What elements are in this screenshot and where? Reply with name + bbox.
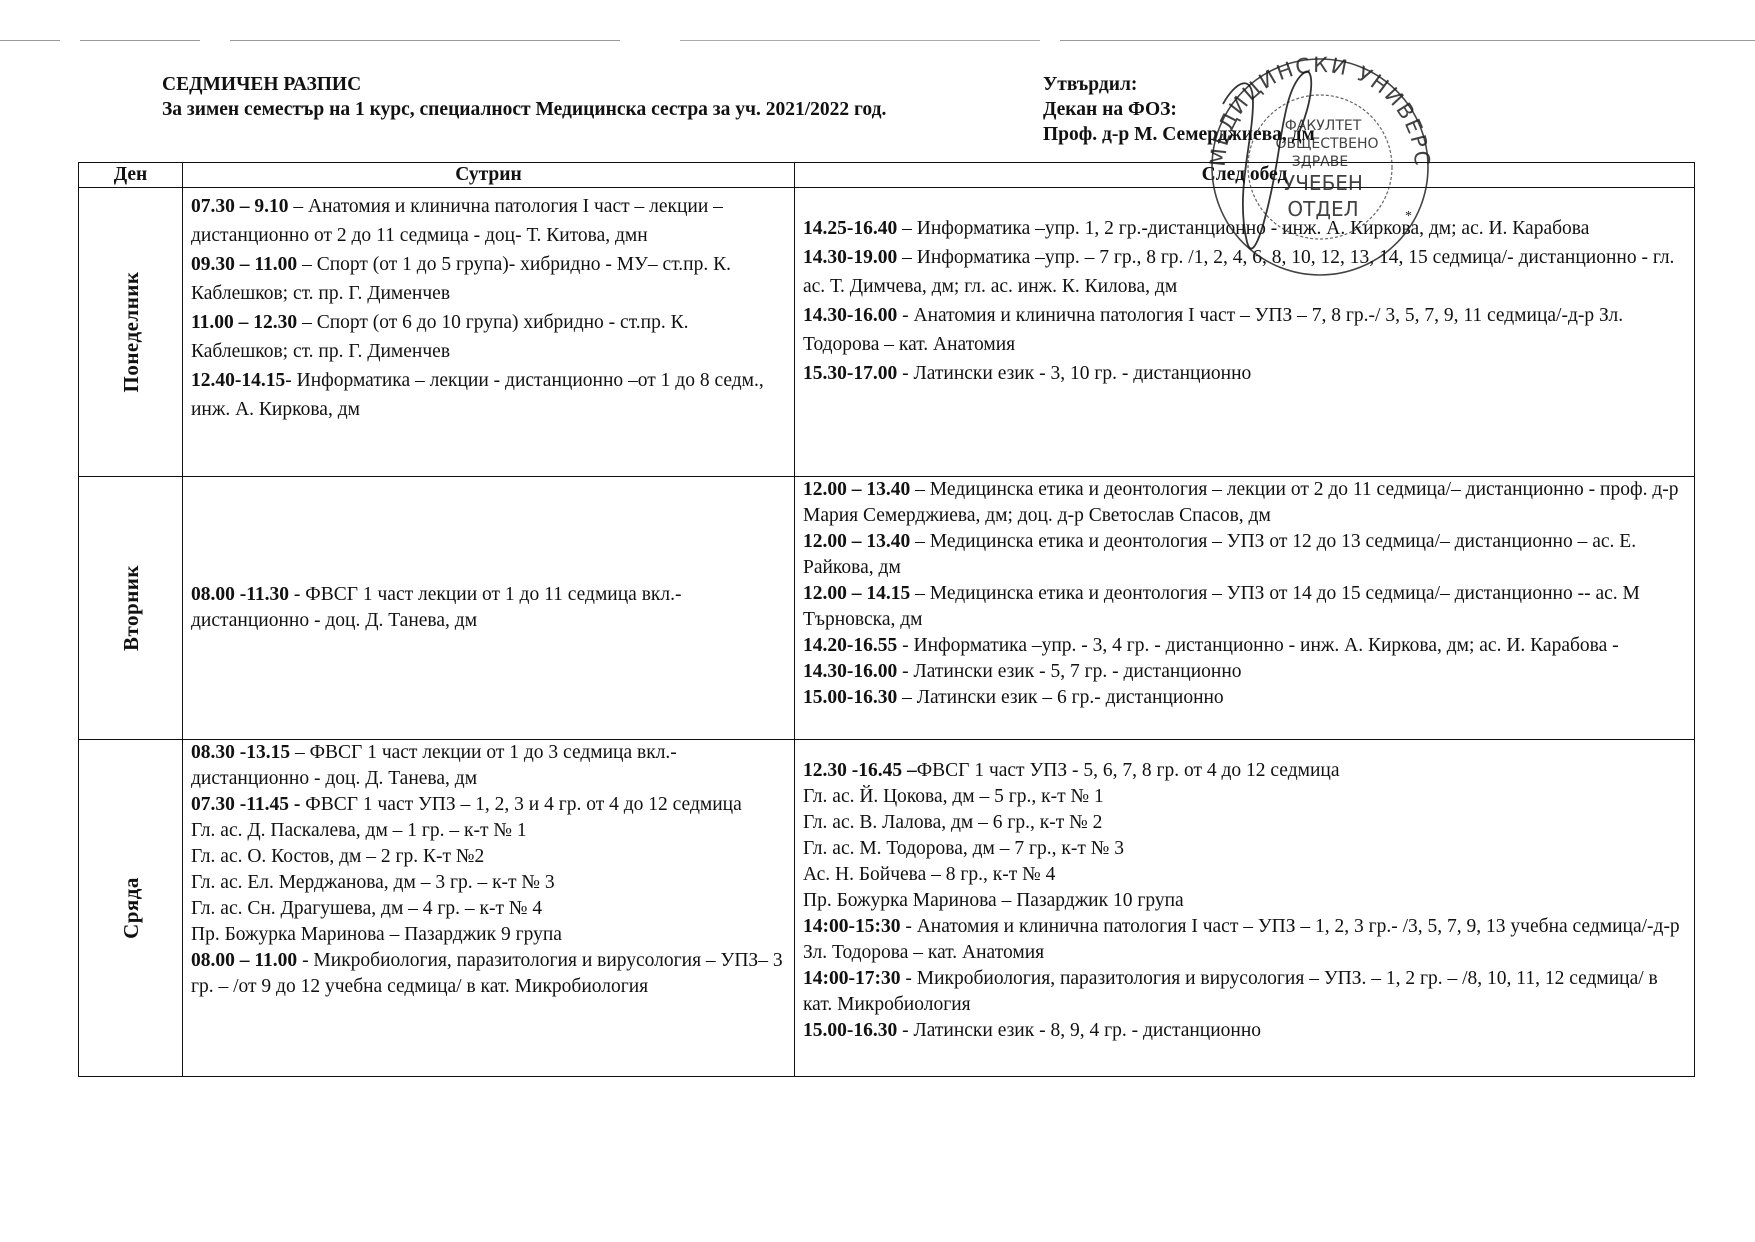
entry-time: 08.30 -13.15 — [191, 742, 290, 763]
entry-text: Гл. ас. Ел. Мерджанова, дм – 3 гр. – к-т… — [191, 872, 555, 893]
entry-time: 15.30-17.00 — [803, 363, 897, 384]
entry-text: ФВСГ 1 част УПЗ - 5, 6, 7, 8 гр. от 4 до… — [917, 760, 1340, 781]
day-label: Понеделник — [118, 271, 144, 392]
entry-text: - Информатика –упр. - 3, 4 гр. - дистанц… — [897, 635, 1618, 656]
column-header-morning: Сутрин — [183, 163, 795, 188]
entry-time: 14.30-16.00 — [803, 661, 897, 682]
entry-text: Пр. Божурка Маринова – Пазарджик 10 груп… — [803, 890, 1184, 911]
entry-time: 07.30 – 9.10 — [191, 196, 289, 217]
entry-text: Гл. ас. М. Тодорова, дм – 7 гр., к-т № 3 — [803, 838, 1124, 859]
schedule-entry: Гл. ас. М. Тодорова, дм – 7 гр., к-т № 3 — [803, 836, 1686, 862]
schedule-entry: 12.40-14.15- Информатика – лекции - дист… — [191, 366, 786, 424]
entry-text: – Медицинска етика и деонтология – УПЗ о… — [803, 531, 1636, 578]
entry-text: - Латински език - 8, 9, 4 гр. - дистанци… — [897, 1020, 1261, 1041]
entry-time: 08.00 – 11.00 — [191, 950, 297, 971]
day-cell: Вторник — [79, 477, 183, 740]
approval-line-dean: Декан на ФОЗ: — [1043, 97, 1315, 122]
schedule-entry: 15.30-17.00 - Латински език - 3, 10 гр. … — [803, 359, 1686, 388]
entry-time: 09.30 – 11.00 — [191, 254, 297, 275]
entry-time: 12.40-14.15 — [191, 370, 285, 391]
entry-time: 14:00-17:30 — [803, 968, 900, 989]
schedule-entry: 09.30 – 11.00 – Спорт (от 1 до 5 група)-… — [191, 250, 786, 308]
schedule-entry: Гл. ас. Д. Паскалева, дм – 1 гр. – к-т №… — [191, 818, 786, 844]
schedule-entry: 14.20-16.55 - Информатика –упр. - 3, 4 г… — [803, 633, 1686, 659]
schedule-entry: 12.00 – 13.40 – Медицинска етика и деонт… — [803, 477, 1686, 529]
schedule-entry: Гл. ас. Сн. Драгушева, дм – 4 гр. – к-т … — [191, 896, 786, 922]
document-header: СЕДМИЧЕН РАЗПИС За зимен семестър на 1 к… — [162, 72, 886, 122]
entry-time: 14.25-16.40 — [803, 218, 897, 239]
entry-time: 12.00 – 13.40 — [803, 531, 910, 552]
entry-time: 12.00 – 13.40 — [803, 479, 910, 500]
entry-text: – Информатика –упр. 1, 2 гр.-дистанционн… — [897, 218, 1589, 239]
schedule-entry: 11.00 – 12.30 – Спорт (от 6 до 10 група)… — [191, 308, 786, 366]
morning-cell: 08.30 -13.15 – ФВСГ 1 част лекции от 1 д… — [183, 740, 795, 1077]
entry-time: 07.30 -11.45 - — [191, 794, 300, 815]
entry-text: Гл. ас. В. Лалова, дм – 6 гр., к-т № 2 — [803, 812, 1102, 833]
entry-text: ФВСГ 1 част УПЗ – 1, 2, 3 и 4 гр. от 4 д… — [300, 794, 741, 815]
entry-time: 12.30 -16.45 – — [803, 760, 917, 781]
schedule-entry: Пр. Божурка Маринова – Пазарджик 10 груп… — [803, 888, 1686, 914]
approval-block: Утвърдил: Декан на ФОЗ: Проф. д-р М. Сем… — [1043, 72, 1315, 147]
day-label: Сряда — [118, 877, 144, 939]
entry-text: – Медицинска етика и деонтология – УПЗ о… — [803, 583, 1640, 630]
schedule-entry: 07.30 – 9.10 – Анатомия и клинична патол… — [191, 192, 786, 250]
schedule-entry: Гл. ас. Ел. Мерджанова, дм – 3 гр. – к-т… — [191, 870, 786, 896]
table-header-row: Ден Сутрин След обед — [79, 163, 1695, 188]
afternoon-cell: 14.25-16.40 – Информатика –упр. 1, 2 гр.… — [795, 188, 1695, 477]
entry-text: Гл. ас. Д. Паскалева, дм – 1 гр. – к-т №… — [191, 820, 527, 841]
schedule-entry: Ас. Н. Бойчева – 8 гр., к-т № 4 — [803, 862, 1686, 888]
schedule-entry: 15.00-16.30 – Латински език – 6 гр.- дис… — [803, 685, 1686, 711]
scan-artifact-line — [0, 40, 1755, 41]
entry-text: Ас. Н. Бойчева – 8 гр., к-т № 4 — [803, 864, 1055, 885]
afternoon-cell: 12.00 – 13.40 – Медицинска етика и деонт… — [795, 477, 1695, 740]
entry-text: - Латински език - 3, 10 гр. - дистанцион… — [897, 363, 1251, 384]
schedule-entry: 15.00-16.30 - Латински език - 8, 9, 4 гр… — [803, 1018, 1686, 1044]
approval-line-name: Проф. д-р М. Семерджиева, дм — [1043, 122, 1315, 147]
column-header-afternoon: След обед — [795, 163, 1695, 188]
approval-line-approved: Утвърдил: — [1043, 72, 1315, 97]
day-cell: Понеделник — [79, 188, 183, 477]
day-label: Вторник — [118, 565, 144, 651]
entry-text: – Латински език – 6 гр.- дистанционно — [897, 687, 1223, 708]
schedule-entry: 14.30-19.00 – Информатика –упр. – 7 гр.,… — [803, 243, 1686, 301]
entry-text: Гл. ас. Й. Цокова, дм – 5 гр., к-т № 1 — [803, 786, 1104, 807]
schedule-entry: 14.30-16.00 - Латински език - 5, 7 гр. -… — [803, 659, 1686, 685]
morning-cell: 08.00 -11.30 - ФВСГ 1 част лекции от 1 д… — [183, 477, 795, 740]
document-subtitle: За зимен семестър на 1 курс, специалност… — [162, 97, 886, 122]
entry-time: 11.00 – 12.30 — [191, 312, 297, 333]
schedule-entry: 07.30 -11.45 - ФВСГ 1 част УПЗ – 1, 2, 3… — [191, 792, 786, 818]
schedule-entry: 14:00-15:30 - Анатомия и клинична патоло… — [803, 914, 1686, 966]
entry-time: 14.30-16.00 — [803, 305, 897, 326]
schedule-entry: 08.30 -13.15 – ФВСГ 1 част лекции от 1 д… — [191, 740, 786, 792]
entry-text: – Информатика –упр. – 7 гр., 8 гр. /1, 2… — [803, 247, 1674, 297]
schedule-table: Ден Сутрин След обед Понеделник 07.30 – … — [78, 162, 1695, 1077]
entry-text: - Анатомия и клинична патология I част –… — [803, 305, 1623, 355]
schedule-entry: 08.00 -11.30 - ФВСГ 1 част лекции от 1 д… — [191, 582, 786, 634]
entry-time: 12.00 – 14.15 — [803, 583, 910, 604]
entry-time: 08.00 -11.30 — [191, 584, 289, 605]
document-title: СЕДМИЧЕН РАЗПИС — [162, 72, 886, 97]
schedule-entry: 12.30 -16.45 –ФВСГ 1 част УПЗ - 5, 6, 7,… — [803, 758, 1686, 784]
schedule-entry: Гл. ас. О. Костов, дм – 2 гр. К-т №2 — [191, 844, 786, 870]
entry-text: Гл. ас. О. Костов, дм – 2 гр. К-т №2 — [191, 846, 484, 867]
schedule-entry: 12.00 – 13.40 – Медицинска етика и деонт… — [803, 529, 1686, 581]
entry-time: 14.30-19.00 — [803, 247, 897, 268]
entry-time: 15.00-16.30 — [803, 1020, 897, 1041]
schedule-entry: Гл. ас. В. Лалова, дм – 6 гр., к-т № 2 — [803, 810, 1686, 836]
afternoon-cell: 12.30 -16.45 –ФВСГ 1 част УПЗ - 5, 6, 7,… — [795, 740, 1695, 1077]
entry-text: – Медицинска етика и деонтология – лекци… — [803, 479, 1679, 526]
schedule-entry: 14.30-16.00 - Анатомия и клинична патоло… — [803, 301, 1686, 359]
entry-text: - Анатомия и клинична патология I част –… — [803, 916, 1680, 963]
schedule-entry: 14:00-17:30 - Микробиология, паразитолог… — [803, 966, 1686, 1018]
schedule-entry: 14.25-16.40 – Информатика –упр. 1, 2 гр.… — [803, 214, 1686, 243]
entry-text: Гл. ас. Сн. Драгушева, дм – 4 гр. – к-т … — [191, 898, 542, 919]
entry-time: 14:00-15:30 — [803, 916, 900, 937]
schedule-entry: 12.00 – 14.15 – Медицинска етика и деонт… — [803, 581, 1686, 633]
column-header-day: Ден — [79, 163, 183, 188]
table-row: Вторник 08.00 -11.30 - ФВСГ 1 част лекци… — [79, 477, 1695, 740]
day-cell: Сряда — [79, 740, 183, 1077]
entry-text: - Латински език - 5, 7 гр. - дистанционн… — [897, 661, 1241, 682]
schedule-entry: Гл. ас. Й. Цокова, дм – 5 гр., к-т № 1 — [803, 784, 1686, 810]
entry-time: 15.00-16.30 — [803, 687, 897, 708]
entry-text: Пр. Божурка Маринова – Пазарджик 9 група — [191, 924, 562, 945]
entry-time: 14.20-16.55 — [803, 635, 897, 656]
morning-cell: 07.30 – 9.10 – Анатомия и клинична патол… — [183, 188, 795, 477]
table-row: Понеделник 07.30 – 9.10 – Анатомия и кли… — [79, 188, 1695, 477]
entry-text: - Микробиология, паразитология и вирусол… — [803, 968, 1658, 1015]
schedule-entry: Пр. Божурка Маринова – Пазарджик 9 група — [191, 922, 786, 948]
table-row: Сряда 08.30 -13.15 – ФВСГ 1 част лекции … — [79, 740, 1695, 1077]
schedule-entry: 08.00 – 11.00 - Микробиология, паразитол… — [191, 948, 786, 1000]
